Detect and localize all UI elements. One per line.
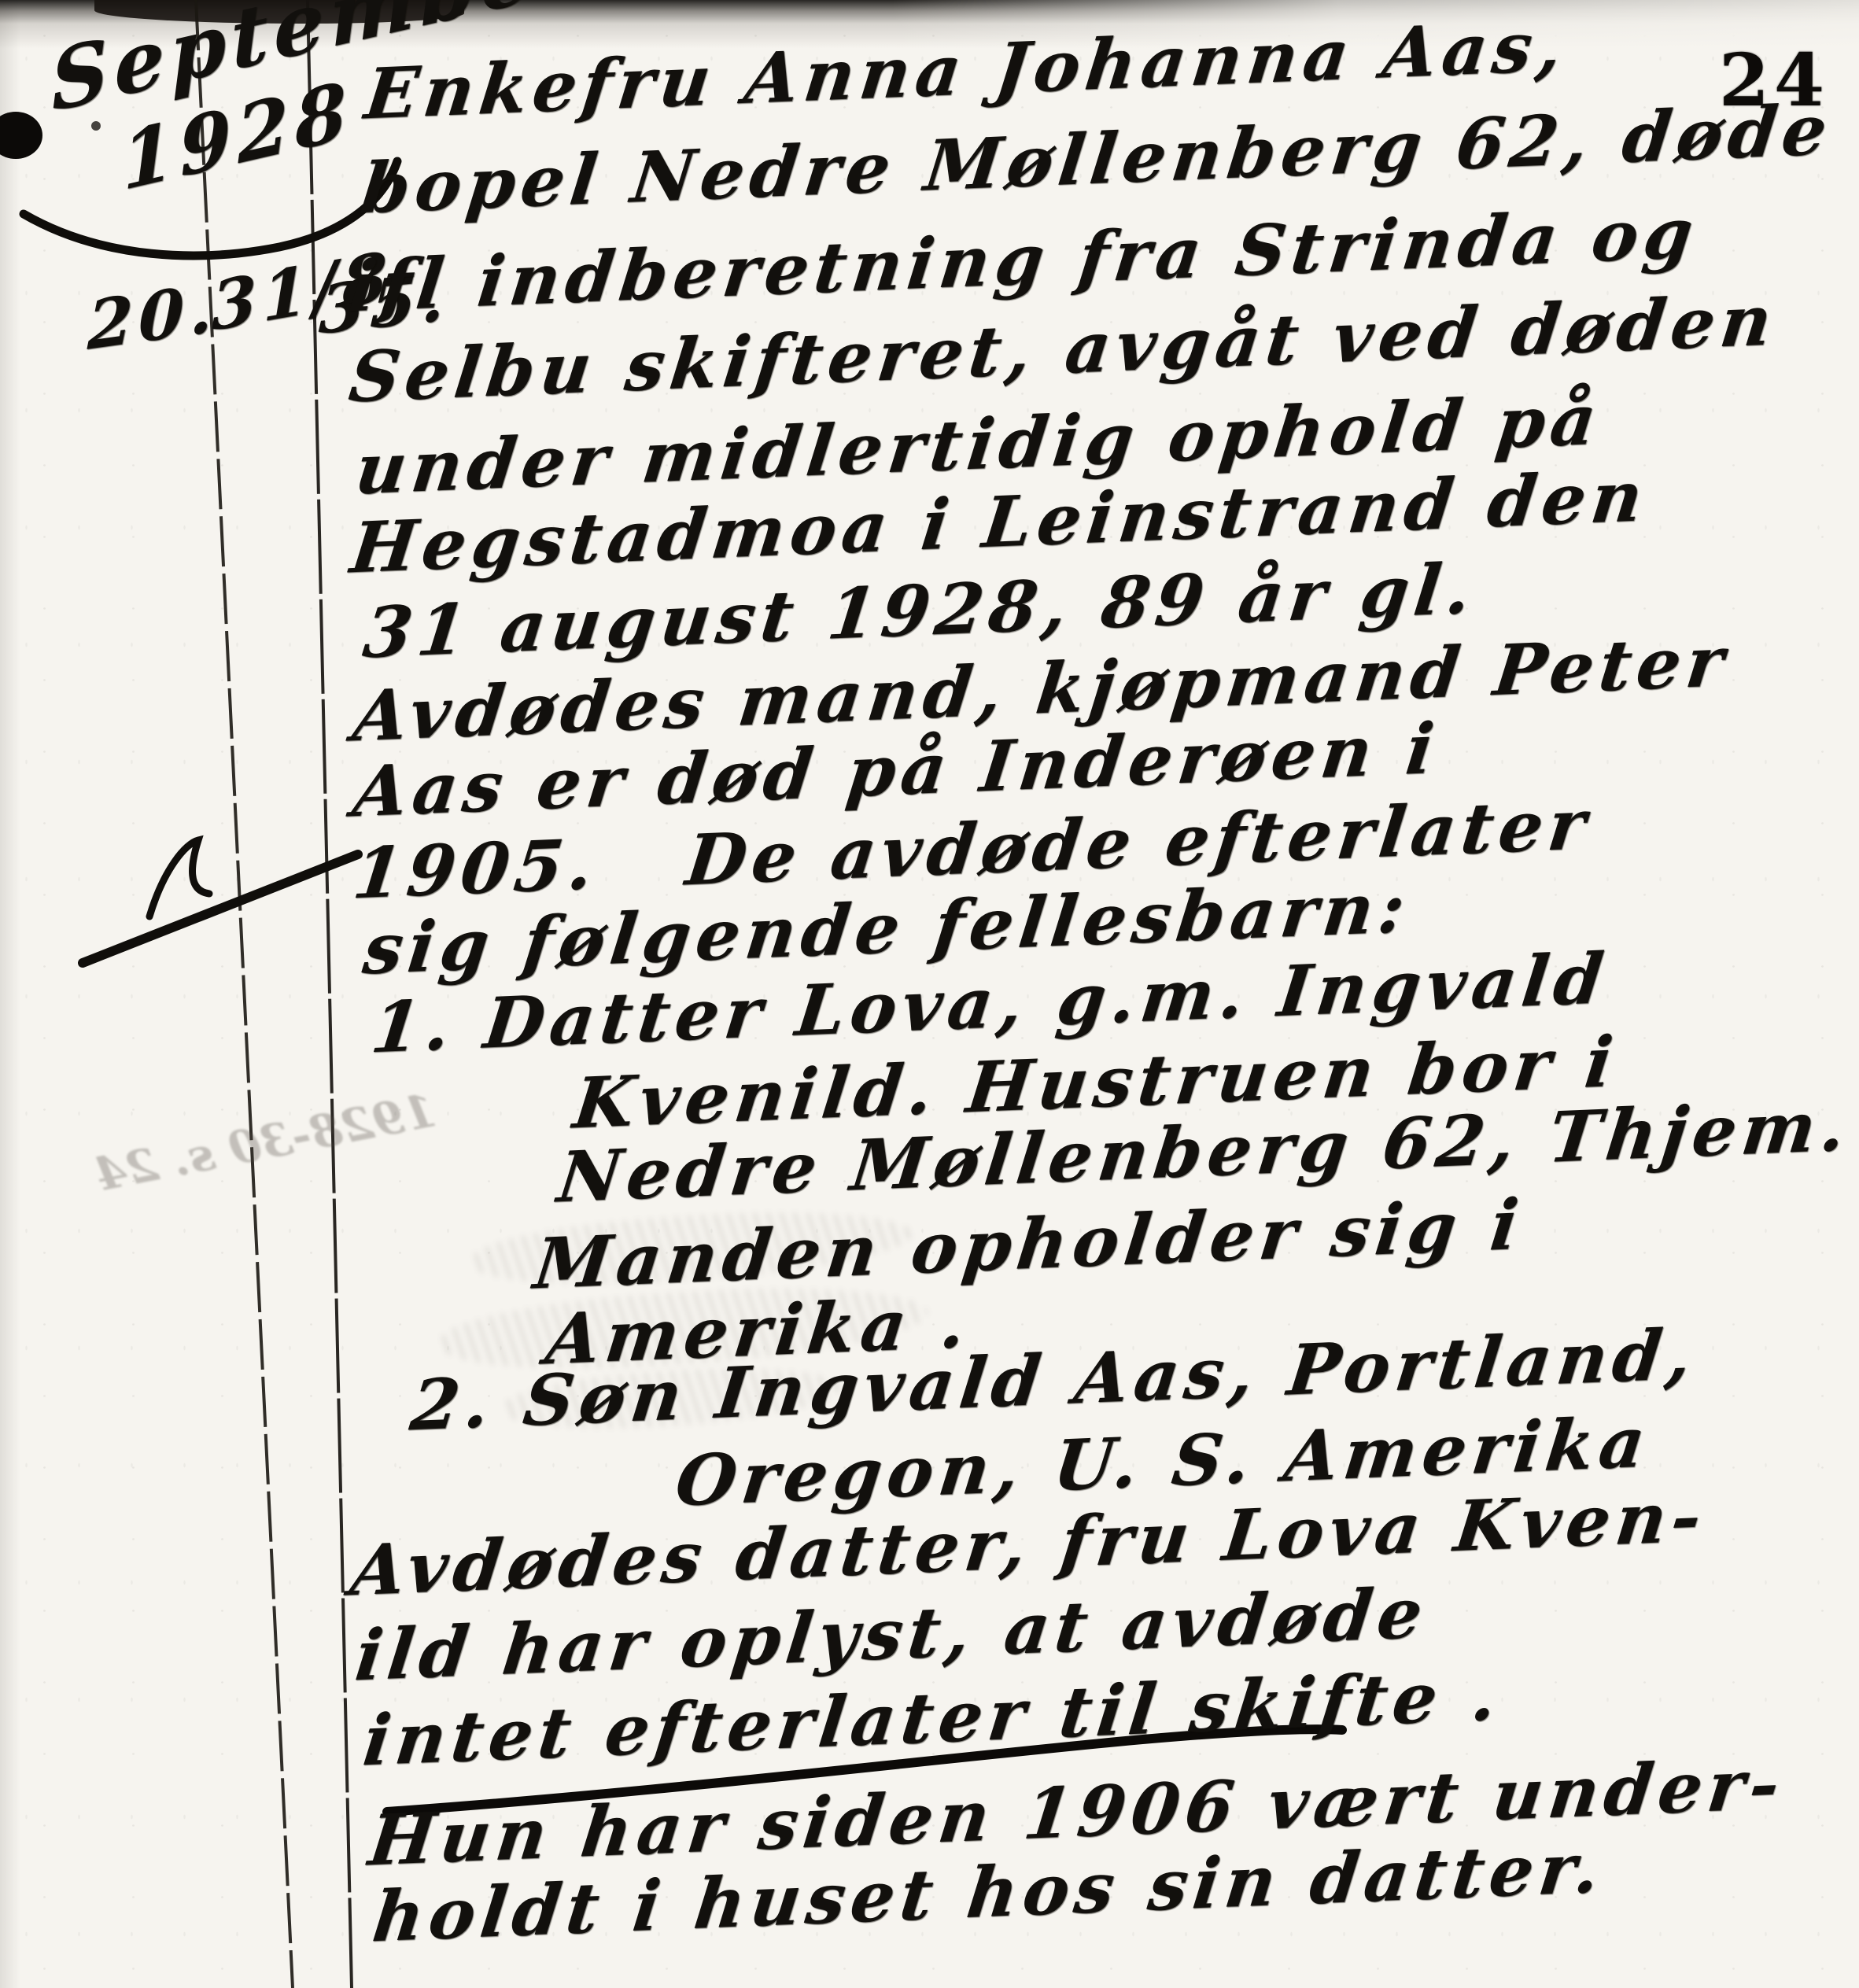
margin-tick-stroke xyxy=(83,854,358,963)
ink-speck xyxy=(91,121,101,131)
scan-left-edge-shadow xyxy=(0,0,20,1988)
pencil-bleedthrough-note: 1928-30 s. 24 xyxy=(13,1083,440,1217)
margin-entry-number: 20. xyxy=(87,275,219,360)
scanned-probate-register-page: { "document": { "page_number": "24", "ma… xyxy=(0,0,1859,1988)
margin-tick-hook xyxy=(149,840,209,917)
